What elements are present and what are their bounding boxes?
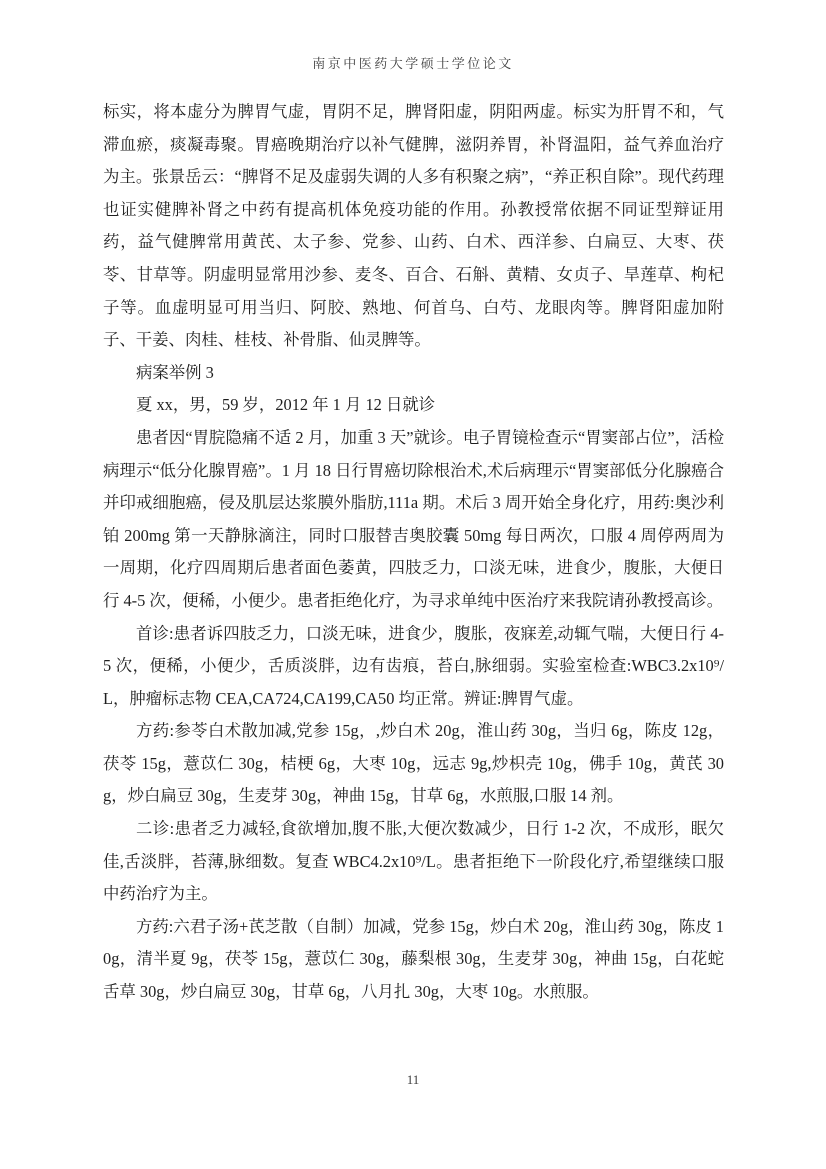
case-history-paragraph: 患者因“胃脘隐痛不适 2 月，加重 3 天”就诊。电子胃镜检查示“胃窦部占位”，… (103, 422, 724, 618)
second-prescription-paragraph: 方药:六君子汤+芪芝散（自制）加减，党参 15g，炒白术 20g，淮山药 30g… (103, 911, 724, 1009)
second-visit-paragraph: 二诊:患者乏力减轻,食欲增加,腹不胀,大便次数减少，日行 1-2 次，不成形，眠… (103, 813, 724, 911)
continuation-paragraph-deficiency-patterns: 标实，将本虚分为脾胃气虚，胃阴不足，脾肾阳虚，阴阳两虚。标实为肝胃不和，气滞血瘀… (103, 96, 724, 357)
running-header: 南京中医药大学硕士学位论文 (0, 53, 826, 72)
thesis-page: 南京中医药大学硕士学位论文 标实，将本虚分为脾胃气虚，胃阴不足，脾肾阳虚，阴阳两… (0, 0, 826, 1169)
first-prescription-paragraph: 方药:参苓白术散加减,党参 15g，,炒白术 20g，淮山药 30g，当归 6g… (103, 715, 724, 813)
patient-info-line: 夏 xx，男，59 岁，2012 年 1 月 12 日就诊 (103, 389, 724, 422)
first-visit-paragraph: 首诊:患者诉四肢乏力，口淡无味，进食少，腹胀，夜寐差,动辄气喘，大便日行 4-5… (103, 618, 724, 716)
page-body: 标实，将本虚分为脾胃气虚，胃阴不足，脾肾阳虚，阴阳两虚。标实为肝胃不和，气滞血瘀… (103, 96, 724, 1009)
case-example-heading: 病案举例 3 (103, 357, 724, 390)
page-number: 11 (0, 1072, 826, 1088)
